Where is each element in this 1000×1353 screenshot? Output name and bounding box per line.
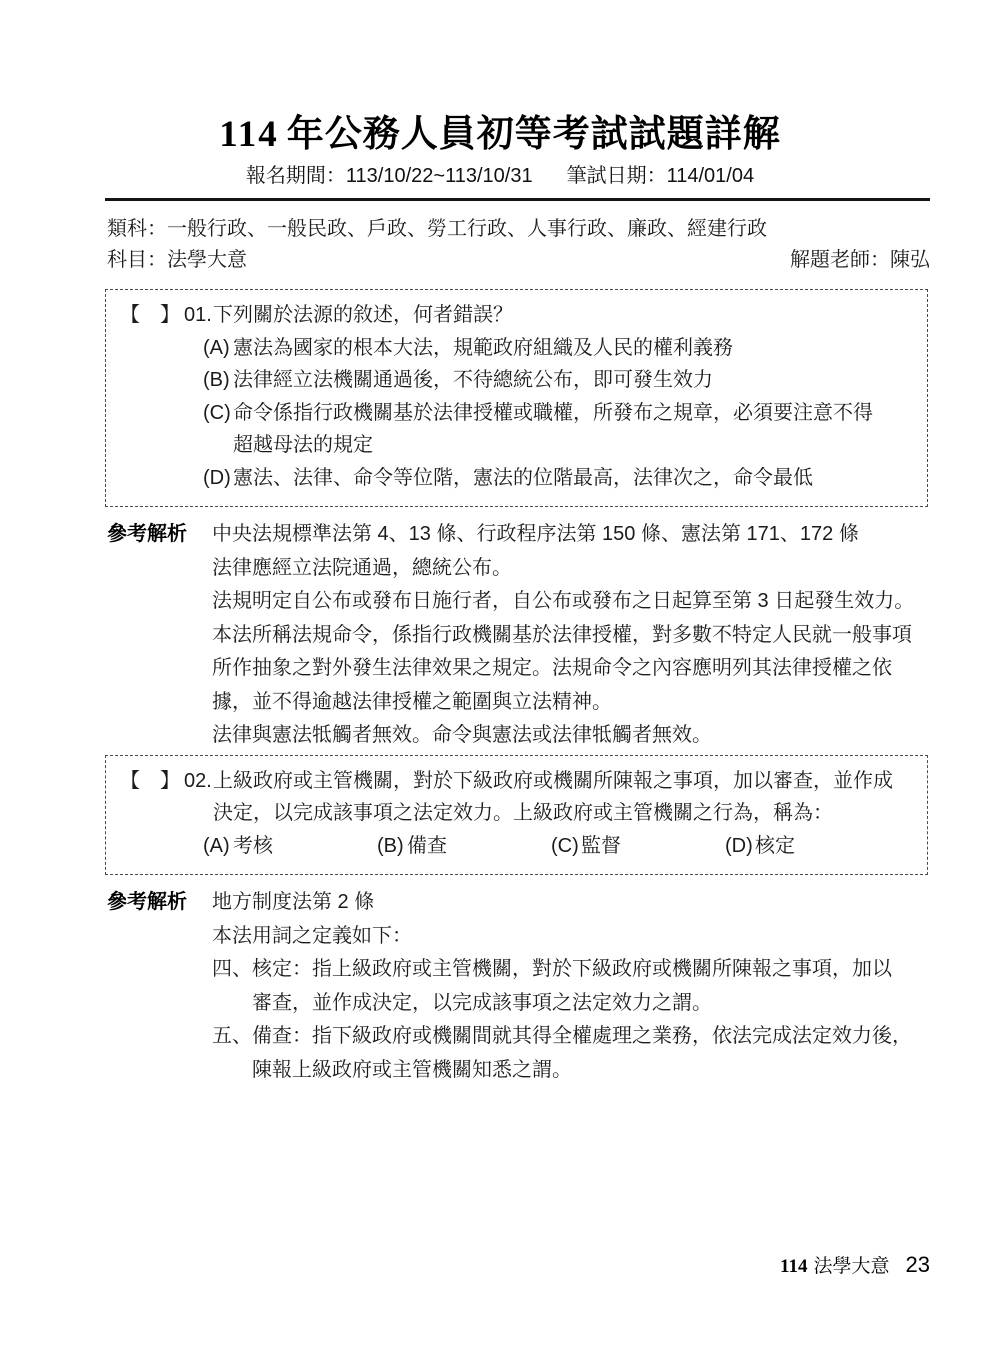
option-text-line: 憲法為國家的根本大法，規範政府組織及人民的權利義務 <box>233 332 913 365</box>
option-text-line: 憲法、法律、命令等位階，憲法的位階最高，法律次之，命令最低 <box>233 462 913 495</box>
question-2-stem: 【 】 02. 上級政府或主管機關，對於下級政府或機關所陳報之事項，加以審查，並… <box>120 765 913 830</box>
question-text-line: 下列關於法源的敘述，何者錯誤？ <box>213 299 913 332</box>
title-text: 年公務人員初等考試試題詳解 <box>287 113 781 154</box>
option-label: (A) <box>203 830 233 863</box>
analysis-line: 地方制度法第 2 條 <box>212 886 930 920</box>
analysis-line: 審查，並作成決定，以完成該事項之法定效力之謂。 <box>212 987 930 1021</box>
footer-page-number: 23 <box>906 1252 930 1277</box>
option-c: (C) 命令係指行政機關基於法律授權或職權，所發布之規章，必須要注意不得 超越母… <box>203 397 913 462</box>
option-d: (D) 核定 <box>725 830 795 863</box>
registration-label: 報名期間： <box>246 165 346 187</box>
option-text: 核定 <box>755 830 795 863</box>
analysis-line: 據，並不得逾越法律授權之範圍與立法精神。 <box>212 686 930 720</box>
teacher-label: 解題老師： <box>790 249 890 271</box>
analysis-line: 五、備查：指下級政府或機關間就其得全權處理之業務，依法完成法定效力後， <box>212 1020 930 1054</box>
exam-date-label: 筆試日期： <box>567 165 667 187</box>
analysis-line: 所作抽象之對外發生法律效果之規定。法規命令之內容應明列其法律授權之依 <box>212 652 930 686</box>
footer-year: 114 <box>780 1256 807 1277</box>
category-row: 類科：一般行政、一般民政、戶政、勞工行政、人事行政、廉政、經建行政 <box>107 214 930 245</box>
question-text: 上級政府或主管機關，對於下級政府或機關所陳報之事項，加以審查，並作成 決定，以完… <box>213 765 913 830</box>
exam-date-value: 114/01/04 <box>667 165 755 187</box>
question-2-options: (A) 考核 (B) 備查 (C) 監督 (D) 核定 <box>203 830 913 863</box>
analysis-label: 參考解析 <box>107 518 212 753</box>
option-b: (B) 備查 <box>377 830 551 863</box>
category-label: 類科： <box>107 218 167 240</box>
option-text-line: 命令係指行政機關基於法律授權或職權，所發布之規章，必須要注意不得 <box>233 397 913 430</box>
option-a: (A) 憲法為國家的根本大法，規範政府組織及人民的權利義務 <box>203 332 913 365</box>
analysis-line: 法律與憲法牴觸者無效。命令與憲法或法律牴觸者無效。 <box>212 719 930 753</box>
option-text: 憲法為國家的根本大法，規範政府組織及人民的權利義務 <box>233 332 913 365</box>
subject-label: 科目： <box>107 249 167 271</box>
question-1-analysis: 參考解析 中央法規標準法第 4、13 條、行政程序法第 150 條、憲法第 17… <box>107 518 930 753</box>
question-2-analysis: 參考解析 地方制度法第 2 條 本法用詞之定義如下： 四、核定：指上級政府或主管… <box>107 886 930 1087</box>
analysis-line: 法律應經立法院通過，總統公布。 <box>212 552 930 586</box>
page-title: 114年公務人員初等考試試題詳解 <box>0 112 1000 157</box>
option-a: (A) 考核 <box>203 830 377 863</box>
registration-value: 113/10/22~113/10/31 <box>346 165 533 187</box>
teacher-group: 解題老師：陳弘 <box>790 245 930 276</box>
option-label: (B) <box>377 830 407 863</box>
analysis-line: 本法用詞之定義如下： <box>212 920 930 954</box>
option-label: (B) <box>203 364 233 397</box>
option-text: 備查 <box>407 830 447 863</box>
subject-row: 科目：法學大意 解題老師：陳弘 <box>107 245 930 276</box>
footer-subject: 法學大意 <box>814 1256 890 1277</box>
option-label: (A) <box>203 332 233 365</box>
question-1-box: 【 】 01. 下列關於法源的敘述，何者錯誤？ (A) 憲法為國家的根本大法，規… <box>105 289 928 507</box>
answer-bracket: 【 】 <box>120 765 184 830</box>
option-d: (D) 憲法、法律、命令等位階，憲法的位階最高，法律次之，命令最低 <box>203 462 913 495</box>
category-list: 一般行政、一般民政、戶政、勞工行政、人事行政、廉政、經建行政 <box>167 218 767 240</box>
question-2-box: 【 】 02. 上級政府或主管機關，對於下級政府或機關所陳報之事項，加以審查，並… <box>105 755 928 876</box>
question-text-line: 決定，以完成該事項之法定效力。上級政府或主管機關之行為，稱為： <box>213 797 913 830</box>
option-label: (D) <box>203 462 233 495</box>
option-text: 憲法、法律、命令等位階，憲法的位階最高，法律次之，命令最低 <box>233 462 913 495</box>
option-text: 監督 <box>581 830 621 863</box>
exam-dates-line: 報名期間：113/10/22~113/10/31筆試日期：114/01/04 <box>0 164 1000 188</box>
question-text-line: 上級政府或主管機關，對於下級政府或機關所陳報之事項，加以審查，並作成 <box>213 765 913 798</box>
analysis-content: 中央法規標準法第 4、13 條、行政程序法第 150 條、憲法第 171、172… <box>212 518 930 753</box>
option-c: (C) 監督 <box>551 830 725 863</box>
option-text: 命令係指行政機關基於法律授權或職權，所發布之規章，必須要注意不得 超越母法的規定 <box>233 397 913 462</box>
analysis-content: 地方制度法第 2 條 本法用詞之定義如下： 四、核定：指上級政府或主管機關，對於… <box>212 886 930 1087</box>
analysis-label: 參考解析 <box>107 886 212 1087</box>
analysis-line: 法規明定自公布或發布日施行者，自公布或發布之日起算至第 3 日起發生效力。 <box>212 585 930 619</box>
question-text: 下列關於法源的敘述，何者錯誤？ <box>213 299 913 332</box>
question-number: 01. <box>184 299 213 332</box>
option-b: (B) 法律經立法機關通過後，不待總統公布，即可發生效力 <box>203 364 913 397</box>
page-header: 114年公務人員初等考試試題詳解 報名期間：113/10/22~113/10/3… <box>0 0 1000 188</box>
option-label: (D) <box>725 830 755 863</box>
question-1-options: (A) 憲法為國家的根本大法，規範政府組織及人民的權利義務 (B) 法律經立法機… <box>203 332 913 495</box>
option-label: (C) <box>551 830 581 863</box>
question-number: 02. <box>184 765 213 830</box>
teacher-value: 陳弘 <box>890 249 930 271</box>
question-1-stem: 【 】 01. 下列關於法源的敘述，何者錯誤？ <box>120 299 913 332</box>
option-text: 考核 <box>233 830 273 863</box>
analysis-line: 四、核定：指上級政府或主管機關，對於下級政府或機關所陳報之事項，加以 <box>212 953 930 987</box>
title-year: 114 <box>219 114 278 155</box>
analysis-line: 中央法規標準法第 4、13 條、行政程序法第 150 條、憲法第 171、172… <box>212 518 930 552</box>
analysis-line: 本法所稱法規命令，係指行政機關基於法律授權，對多數不特定人民就一般事項 <box>212 619 930 653</box>
option-text-line: 法律經立法機關通過後，不待總統公布，即可發生效力 <box>233 364 913 397</box>
option-text: 法律經立法機關通過後，不待總統公布，即可發生效力 <box>233 364 913 397</box>
option-label: (C) <box>203 397 233 462</box>
answer-bracket: 【 】 <box>120 299 184 332</box>
exam-solution-page: 114年公務人員初等考試試題詳解 報名期間：113/10/22~113/10/3… <box>0 0 1000 1353</box>
option-text-line: 超越母法的規定 <box>233 429 913 462</box>
analysis-line: 陳報上級政府或主管機關知悉之謂。 <box>212 1054 930 1088</box>
subject-group: 科目：法學大意 <box>107 245 247 276</box>
page-footer: 114法學大意23 <box>780 1253 930 1279</box>
exam-meta: 類科：一般行政、一般民政、戶政、勞工行政、人事行政、廉政、經建行政 科目：法學大… <box>107 214 930 276</box>
subject-value: 法學大意 <box>167 249 247 271</box>
header-divider <box>105 198 930 201</box>
